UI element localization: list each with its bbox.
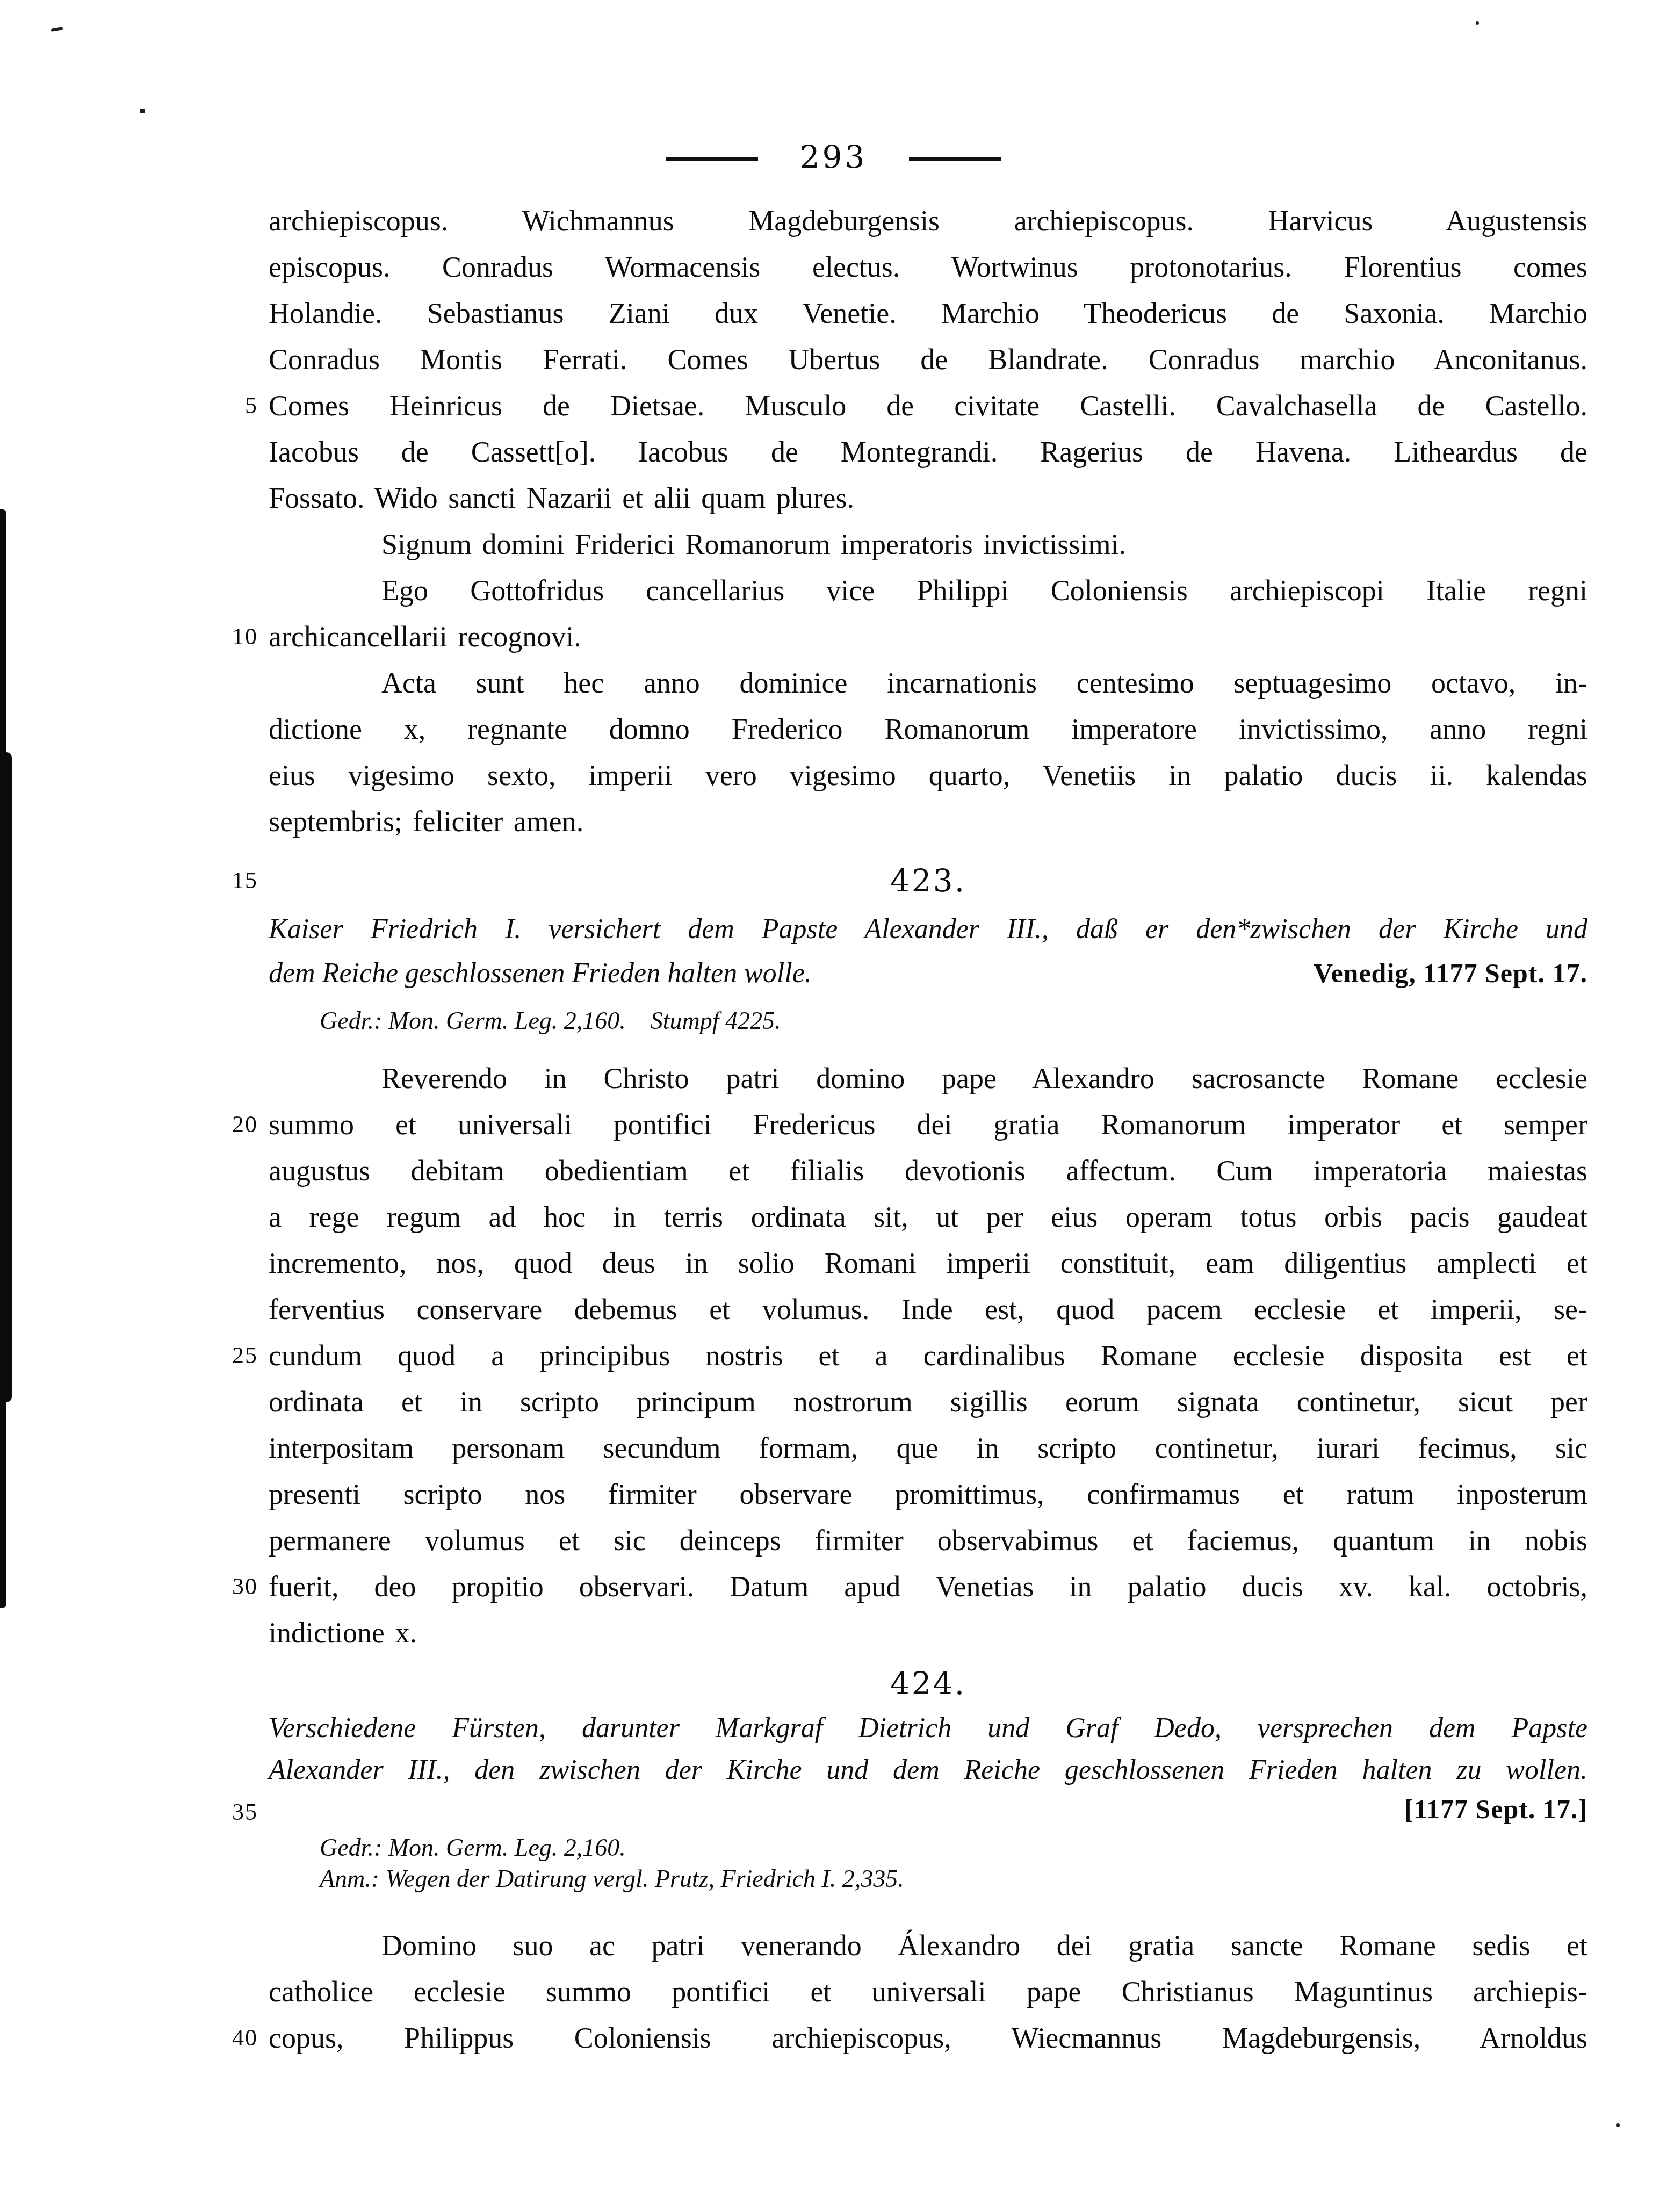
text-line: eius vigesimo sexto, imperii vero vigesi… — [269, 752, 1587, 798]
text-line: Ego Gottofridus cancellarius vice Philip… — [269, 567, 1587, 614]
doc-423-date: Venedig, 1177 Sept. 17. — [1314, 951, 1587, 995]
line-number: 25 — [222, 1332, 258, 1379]
ink-speck — [51, 27, 63, 32]
line-number: 15 — [222, 859, 258, 903]
doc-423-text: Reverendo in Christo patri domino pape A… — [269, 1055, 1587, 1656]
line-number: 35 — [222, 1795, 258, 1830]
doc-424-source: Gedr.: Mon. Germ. Leg. 2,160. — [269, 1832, 1587, 1863]
text-line-row: 25 cundum quod a principibus nostris et … — [269, 1332, 1587, 1379]
text-line: ferventius conservare debemus et volumus… — [269, 1286, 1587, 1332]
text-line: a rege regum ad hoc in terris ordinata s… — [269, 1194, 1587, 1240]
text-line: cundum quod a principibus nostris et a c… — [269, 1332, 1587, 1379]
text-line: presenti scripto nos firmiter observare … — [269, 1471, 1587, 1517]
text-line-row: 10 archicancellarii recognovi. — [269, 614, 1587, 660]
header-rule-right — [909, 157, 1001, 161]
text-line: Acta sunt hec anno dominice incarnationi… — [269, 660, 1587, 706]
text-line: Comes Heinricus de Dietsae. Musculo de c… — [269, 383, 1587, 429]
text-line: Holandie. Sebastianus Ziani dux Venetie.… — [269, 290, 1587, 336]
text-line-row: 40 copus, Philippus Coloniensis archiepi… — [269, 2015, 1587, 2061]
text-line: Signum domini Friderici Romanorum impera… — [269, 521, 1587, 567]
text-line-row: 30 fuerit, deo propitio observari. Datum… — [269, 1563, 1587, 1610]
text-line: septembris; feliciter amen. — [269, 798, 1587, 845]
text-line: catholice ecclesie summo pontifici et un… — [269, 1969, 1587, 2015]
doc-423-number: 423. — [269, 859, 1587, 903]
text-line: Fossato. Wido sancti Nazarii et alii qua… — [269, 475, 1587, 521]
doc-424-heading-row: 424. — [269, 1661, 1587, 1704]
line-number: 5 — [222, 383, 258, 429]
text-line: Domino suo ac patri venerando Álexandro … — [269, 1922, 1587, 1969]
doc-423-regest-row: dem Reiche geschlossenen Frieden halten … — [269, 951, 1587, 995]
text-line: ordinata et in scripto principum nostror… — [269, 1379, 1587, 1425]
doc-423-regest-line: dem Reiche geschlossenen Frieden halten … — [269, 952, 812, 996]
doc-424-regest-line: Verschiedene Fürsten, darunter Markgraf … — [269, 1707, 1587, 1749]
binding-shadow — [0, 752, 12, 1402]
line-number: 40 — [222, 2015, 258, 2061]
text-line: incremento, nos, quod deus in solio Roma… — [269, 1240, 1587, 1286]
line-number: 30 — [222, 1563, 258, 1610]
text-line: summo et universali pontifici Fredericus… — [269, 1101, 1587, 1148]
doc-424-note: Anm.: Wegen der Datirung vergl. Prutz, F… — [269, 1863, 1587, 1894]
text-line: indictione x. — [269, 1610, 1587, 1656]
scanned-page: 293 archiepiscopus. Wichmannus Magdeburg… — [0, 0, 1667, 2212]
text-line: Iacobus de Cassett[o]. Iacobus de Monteg… — [269, 429, 1587, 475]
text-line: permanere volumus et sic deinceps firmit… — [269, 1517, 1587, 1563]
doc-423-regest-line: Kaiser Friedrich I. versichert dem Papst… — [269, 908, 1587, 951]
header-rule-left — [666, 157, 758, 161]
text-line: Conradus Montis Ferrati. Comes Ubertus d… — [269, 336, 1587, 383]
doc-424-text: Domino suo ac patri venerando Álexandro … — [269, 1922, 1587, 2061]
line-number: 20 — [222, 1101, 258, 1148]
text-line: augustus debitam obedientiam et filialis… — [269, 1148, 1587, 1194]
page-number: 293 — [800, 135, 868, 178]
doc-424-date: [1177 Sept. 17.] — [1404, 1794, 1587, 1824]
binding-shadow — [0, 509, 6, 762]
text-line: copus, Philippus Coloniensis archiepisco… — [269, 2015, 1587, 2061]
text-line: archiepiscopus. Wichmannus Magdeburgensi… — [269, 198, 1587, 244]
doc-424-regest-line: Alexander III., den zwischen der Kirche … — [269, 1749, 1587, 1791]
text-line-row: 20 summo et universali pontifici Frederi… — [269, 1101, 1587, 1148]
binding-shadow — [0, 1397, 6, 1608]
ink-speck — [1616, 2123, 1620, 2127]
text-line: interpositam personam secundum formam, q… — [269, 1425, 1587, 1471]
ink-speck — [140, 109, 145, 113]
line-number: 10 — [222, 614, 258, 660]
doc-423-heading-row: 15 423. — [269, 859, 1587, 903]
text-block: archiepiscopus. Wichmannus Magdeburgensi… — [269, 198, 1587, 2061]
text-line: dictione x, regnante domno Frederico Rom… — [269, 706, 1587, 752]
text-line-row: 5 Comes Heinricus de Dietsae. Musculo de… — [269, 383, 1587, 429]
text-line: archicancellarii recognovi. — [269, 614, 1587, 660]
text-line: Reverendo in Christo patri domino pape A… — [269, 1055, 1587, 1101]
page-header: 293 — [0, 135, 1667, 178]
doc-424-date-row: 35 [1177 Sept. 17.] — [269, 1791, 1587, 1827]
doc-424-number: 424. — [269, 1661, 1587, 1705]
doc-423-source: Gedr.: Mon. Germ. Leg. 2,160. Stumpf 422… — [269, 1005, 1587, 1037]
ink-speck — [1476, 21, 1479, 25]
text-line: fuerit, deo propitio observari. Datum ap… — [269, 1563, 1587, 1610]
text-line: episcopus. Conradus Wormacensis electus.… — [269, 244, 1587, 290]
